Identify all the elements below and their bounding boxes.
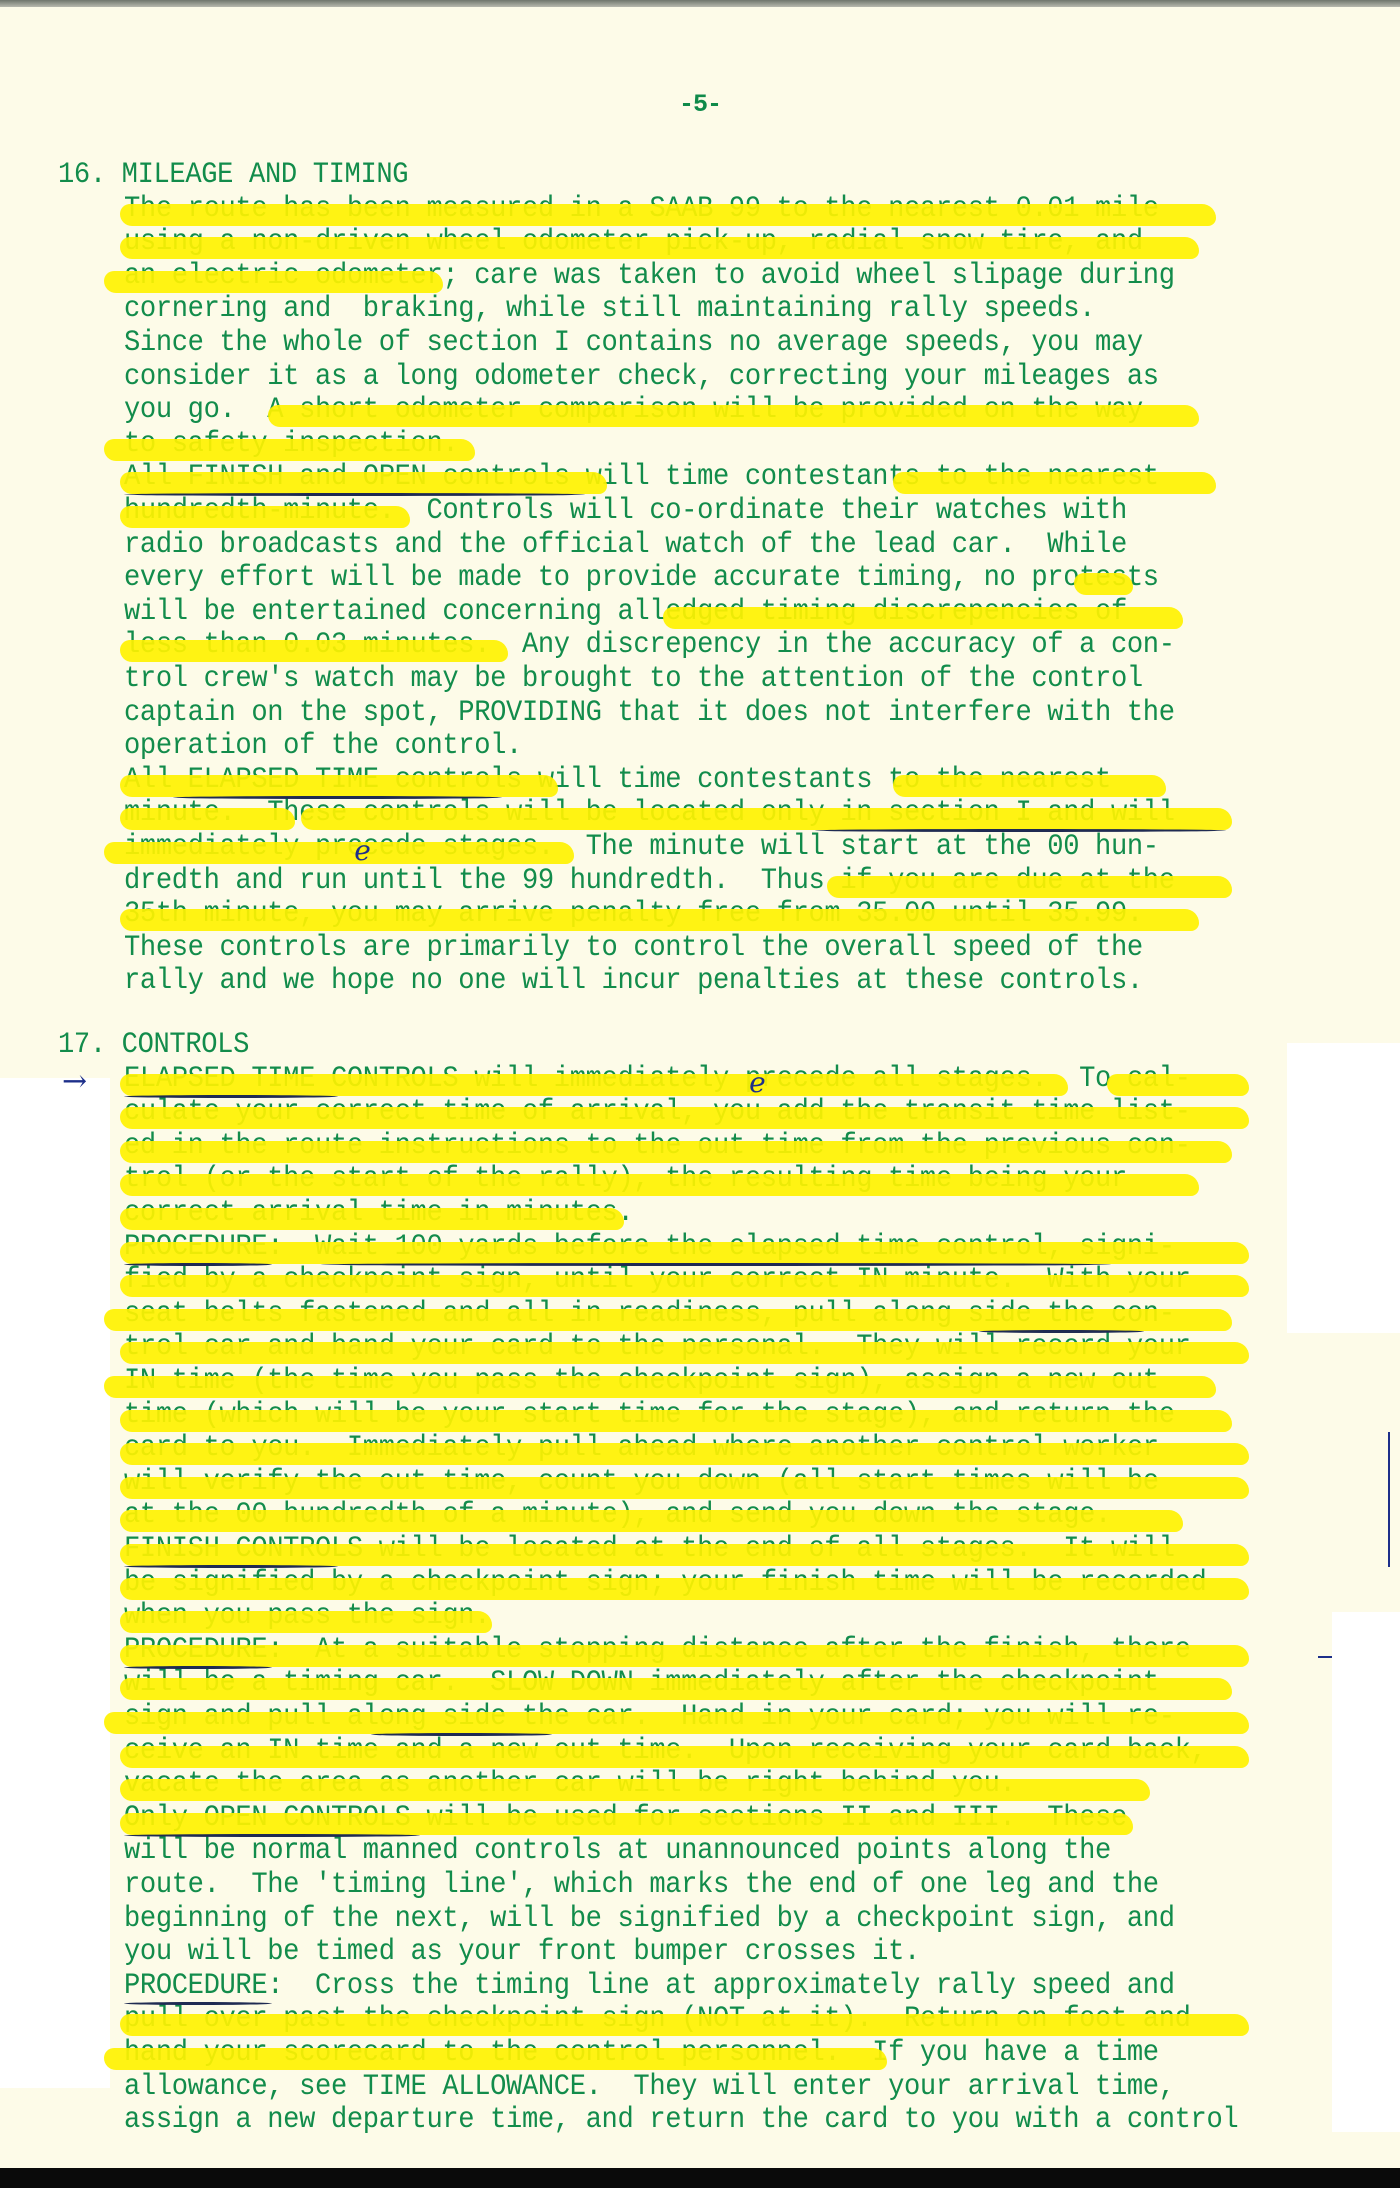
pen-underline xyxy=(124,1834,420,1837)
section-heading: 16. MILEAGE AND TIMING xyxy=(58,158,408,191)
document-line: consider it as a long odometer check, co… xyxy=(124,360,1159,393)
highlighter-mark xyxy=(120,1141,1232,1163)
highlighter-mark xyxy=(120,909,1199,931)
pen-underline xyxy=(124,2002,272,2005)
highlighter-mark xyxy=(120,1746,1249,1768)
highlighter-mark xyxy=(104,842,575,864)
highlighter-mark xyxy=(268,405,1199,427)
highlighter-mark xyxy=(104,439,476,461)
highlighter-mark xyxy=(120,1275,1249,1297)
highlighter-mark xyxy=(120,1813,1133,1835)
document-page: -5- 16. MILEAGE AND TIMINGThe route has … xyxy=(0,0,1400,2188)
margin-arrow-icon: → xyxy=(62,1064,87,1099)
margin-pen-tick xyxy=(1318,1656,1332,1658)
highlighter-mark xyxy=(120,472,607,494)
highlighter-mark xyxy=(301,808,1232,830)
document-line: radio broadcasts and the official watch … xyxy=(124,528,1127,561)
page-number: -5- xyxy=(0,90,1400,119)
highlighter-mark xyxy=(893,472,1216,494)
document-line: will be normal manned controls at unanno… xyxy=(124,1834,1111,1867)
margin-pen-line xyxy=(1388,1432,1390,1567)
document-line: Since the whole of section I contains no… xyxy=(124,326,1143,359)
highlighter-mark xyxy=(663,607,1183,629)
document-line: assign a new departure time, and return … xyxy=(124,2103,1238,2136)
highlighter-mark xyxy=(120,1342,1249,1364)
highlighter-mark xyxy=(104,1712,1249,1734)
highlighter-mark xyxy=(104,1376,1216,1398)
document-line: allowance, see TIME ALLOWANCE. They will… xyxy=(124,2070,1175,2103)
highlighter-mark xyxy=(120,1107,1249,1129)
highlighter-mark xyxy=(104,1309,1233,1331)
handwritten-correction: e xyxy=(354,834,371,867)
document-line: These controls are primarily to control … xyxy=(124,931,1143,964)
highlighter-mark xyxy=(120,1410,1232,1432)
highlighter-mark xyxy=(120,204,1216,226)
highlighter-mark xyxy=(120,808,295,830)
pen-underline xyxy=(979,1330,1144,1333)
document-line: every effort will be made to provide acc… xyxy=(124,561,1159,594)
highlighter-mark xyxy=(827,876,1232,898)
highlighter-mark xyxy=(1107,1074,1249,1096)
highlighter-mark xyxy=(120,1443,1249,1465)
highlighter-mark xyxy=(120,237,1199,259)
highlighter-mark xyxy=(120,1510,1183,1532)
pen-underline xyxy=(124,1095,338,1098)
highlighter-mark xyxy=(120,640,508,662)
highlighter-mark xyxy=(120,1074,1068,1096)
highlighter-mark xyxy=(1074,573,1133,595)
highlighter-mark xyxy=(120,1678,1232,1700)
highlighter-mark xyxy=(893,775,1166,797)
section-heading: 17. CONTROLS xyxy=(58,1028,249,1061)
highlighter-mark xyxy=(120,2014,1249,2036)
document-line: cornering and braking, while still maint… xyxy=(124,292,1095,325)
highlighter-mark xyxy=(120,1645,1249,1667)
highlighter-mark xyxy=(120,1578,1249,1600)
pen-underline xyxy=(124,1263,272,1266)
highlighter-mark xyxy=(120,1174,1199,1196)
highlighter-mark xyxy=(120,775,558,797)
pen-underline xyxy=(371,1733,552,1736)
highlighter-mark xyxy=(120,1477,1249,1499)
highlighter-mark xyxy=(120,1208,624,1230)
highlighter-mark xyxy=(120,1611,492,1633)
document-line: you will be timed as your front bumper c… xyxy=(124,1935,920,1968)
scan-bottom-edge xyxy=(0,2168,1400,2188)
document-line: operation of the control. xyxy=(124,729,522,762)
pen-underline xyxy=(124,1666,272,1669)
document-line: route. The 'timing line', which marks th… xyxy=(124,1868,1159,1901)
highlighter-mark xyxy=(120,1544,1249,1566)
pen-underline xyxy=(173,796,502,799)
document-line: rally and we hope no one will incur pena… xyxy=(124,964,1143,997)
document-line: trol crew's watch may be brought to the … xyxy=(124,662,1143,695)
document-line: PROCEDURE: Cross the timing line at appr… xyxy=(124,1969,1175,2002)
pen-underline xyxy=(321,1263,1111,1266)
highlighter-mark xyxy=(120,506,410,528)
document-line: beginning of the next, will be signified… xyxy=(124,1902,1175,1935)
highlighter-mark xyxy=(120,1242,1249,1264)
pen-underline xyxy=(124,1565,338,1568)
document-line: captain on the spot, PROVIDING that it d… xyxy=(124,696,1175,729)
highlighter-mark xyxy=(120,1779,1150,1801)
highlighter-mark xyxy=(104,2048,887,2070)
handwritten-correction: e xyxy=(749,1066,766,1099)
highlighter-mark xyxy=(104,271,443,293)
